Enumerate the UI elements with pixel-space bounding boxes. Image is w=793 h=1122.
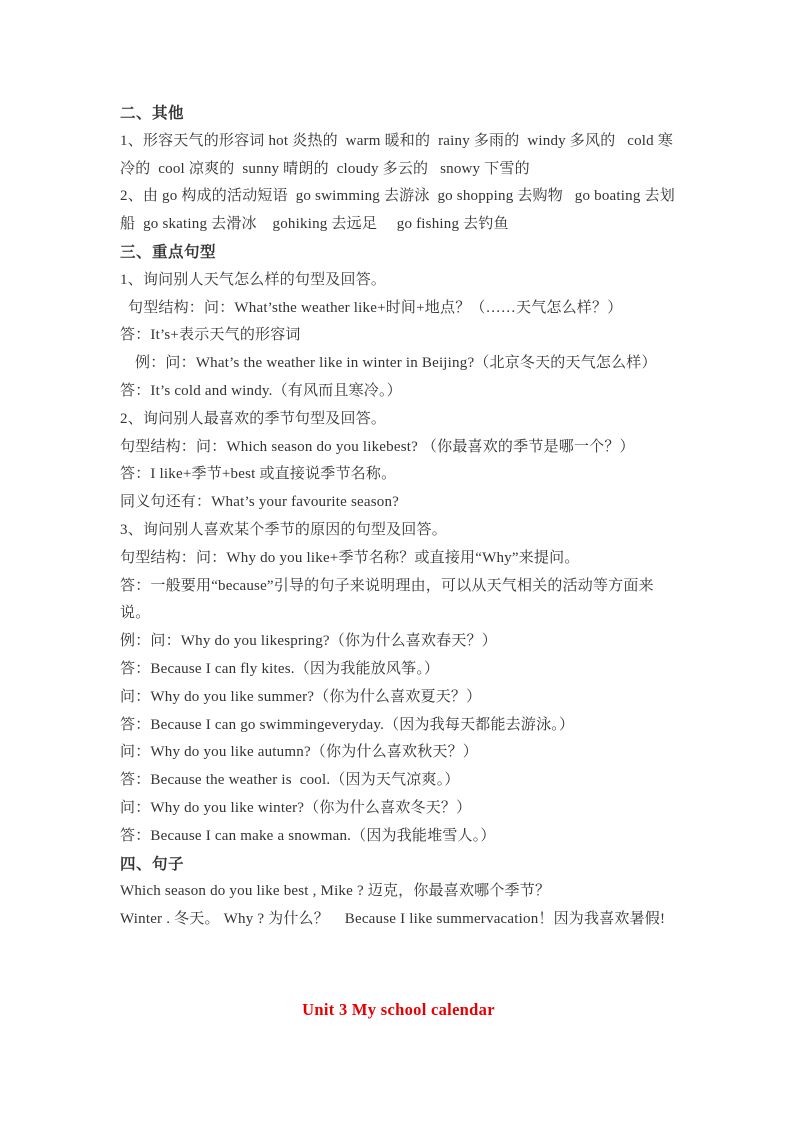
text-line: 3、询问别人喜欢某个季节的原因的句型及回答。 xyxy=(120,517,677,545)
text-line: 答：It’s cold and windy.（有风而且寒冷。） xyxy=(120,378,677,406)
text-line: 句型结构：问：Why do you like+季节名称？或直接用“Why”来提问… xyxy=(120,545,677,573)
document-page: 二、其他1、形容天气的形容词 hot 炎热的 warm 暖和的 rainy 多雨… xyxy=(0,0,793,1122)
section-heading: 三、重点句型 xyxy=(120,239,677,267)
text-line: 答：Because I can make a snowman.（因为我能堆雪人。… xyxy=(120,823,677,851)
text-line: 句型结构：问：Which season do you likebest? （你最… xyxy=(120,434,677,462)
text-line: 冷的 cool 凉爽的 sunny 晴朗的 cloudy 多云的 snowy 下… xyxy=(120,156,677,184)
text-line: Which season do you like best , Mike ? 迈… xyxy=(120,878,677,906)
text-line: 例：问：What’s the weather like in winter in… xyxy=(120,350,677,378)
text-line: 问：Why do you like summer?（你为什么喜欢夏天？） xyxy=(120,684,677,712)
text-line: 问：Why do you like autumn?（你为什么喜欢秋天？） xyxy=(120,739,677,767)
text-line: 同义句还有：What’s your favourite season? xyxy=(120,489,677,517)
document-body: 二、其他1、形容天气的形容词 hot 炎热的 warm 暖和的 rainy 多雨… xyxy=(120,100,677,934)
unit-title: Unit 3 My school calendar xyxy=(120,1000,677,1020)
text-line: Winter . 冬天。 Why ? 为什么？ Because I like s… xyxy=(120,906,677,934)
text-line: 句型结构：问：What’sthe weather like+时间+地点？（……天… xyxy=(120,295,677,323)
text-line: 2、由 go 构成的活动短语 go swimming 去游泳 go shoppi… xyxy=(120,183,677,211)
text-line: 2、询问别人最喜欢的季节句型及回答。 xyxy=(120,406,677,434)
text-line: 1、询问别人天气怎么样的句型及回答。 xyxy=(120,267,677,295)
text-line: 答：I like+季节+best 或直接说季节名称。 xyxy=(120,461,677,489)
text-line: 答：一般要用“because”引导的句子来说明理由，可以从天气相关的活动等方面来… xyxy=(120,573,677,629)
text-line: 1、形容天气的形容词 hot 炎热的 warm 暖和的 rainy 多雨的 wi… xyxy=(120,128,677,156)
text-line: 问：Why do you like winter?（你为什么喜欢冬天？） xyxy=(120,795,677,823)
text-line: 答：It’s+表示天气的形容词 xyxy=(120,322,677,350)
text-line: 答：Because I can fly kites.（因为我能放风筝。） xyxy=(120,656,677,684)
text-line: 答：Because the weather is cool.（因为天气凉爽。） xyxy=(120,767,677,795)
section-heading: 四、句子 xyxy=(120,851,677,879)
text-line: 例：问：Why do you likespring?（你为什么喜欢春天？） xyxy=(120,628,677,656)
text-line: 答：Because I can go swimmingeveryday.（因为我… xyxy=(120,712,677,740)
text-line: 船 go skating 去滑冰 gohiking 去远足 go fishing… xyxy=(120,211,677,239)
section-heading: 二、其他 xyxy=(120,100,677,128)
